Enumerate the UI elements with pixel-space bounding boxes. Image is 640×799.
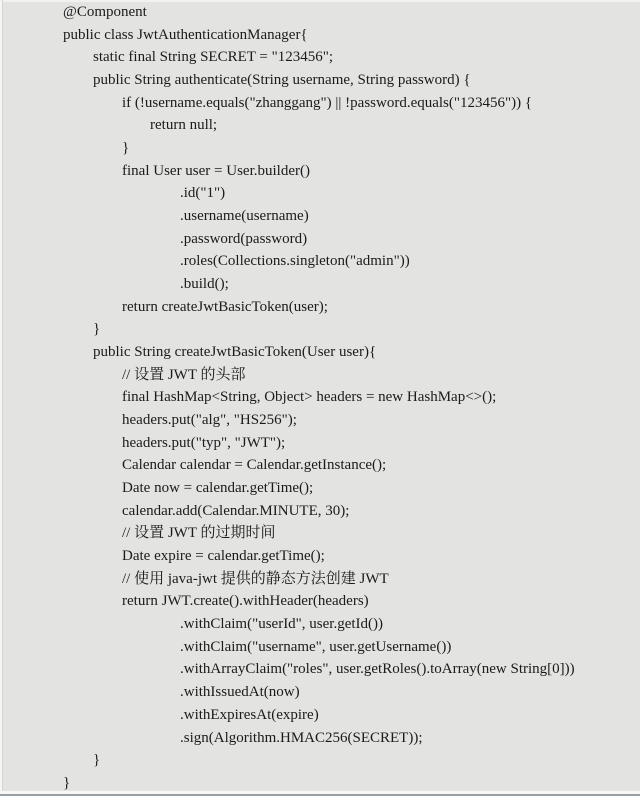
code-line: return JWT.create().withHeader(headers) <box>0 590 640 613</box>
code-line: } <box>0 318 640 341</box>
code-line: headers.put("typ", "JWT"); <box>0 432 640 455</box>
code-line: Date expire = calendar.getTime(); <box>0 545 640 568</box>
code-block: @Componentpublic class JwtAuthentication… <box>0 0 640 791</box>
code-line: headers.put("alg", "HS256"); <box>0 409 640 432</box>
code-line: .withIssuedAt(now) <box>0 681 640 704</box>
code-line: .build(); <box>0 273 640 296</box>
code-line: .withClaim("userId", user.getId()) <box>0 613 640 636</box>
code-line: .withExpiresAt(expire) <box>0 704 640 727</box>
code-line: .password(password) <box>0 228 640 251</box>
code-line: public String createJwtBasicToken(User u… <box>0 341 640 364</box>
code-line: .username(username) <box>0 205 640 228</box>
code-snippet-image: @Componentpublic class JwtAuthentication… <box>0 0 640 799</box>
bottom-border <box>0 791 640 799</box>
code-line: // 设置 JWT 的头部 <box>0 364 640 387</box>
code-line: } <box>0 749 640 772</box>
code-line: .withArrayClaim("roles", user.getRoles()… <box>0 658 640 681</box>
code-line: .roles(Collections.singleton("admin")) <box>0 250 640 273</box>
code-line: public class JwtAuthenticationManager{ <box>0 24 640 47</box>
code-line: public String authenticate(String userna… <box>0 69 640 92</box>
code-line: Calendar calendar = Calendar.getInstance… <box>0 454 640 477</box>
code-line: return createJwtBasicToken(user); <box>0 296 640 319</box>
code-line: // 使用 java-jwt 提供的静态方法创建 JWT <box>0 568 640 591</box>
code-line: if (!username.equals("zhanggang") || !pa… <box>0 92 640 115</box>
code-line: @Component <box>0 1 640 24</box>
code-line: // 设置 JWT 的过期时间 <box>0 522 640 545</box>
code-line: .withClaim("username", user.getUsername(… <box>0 636 640 659</box>
code-line: final HashMap<String, Object> headers = … <box>0 386 640 409</box>
code-line: .sign(Algorithm.HMAC256(SECRET)); <box>0 727 640 750</box>
code-line: Date now = calendar.getTime(); <box>0 477 640 500</box>
code-line: } <box>0 137 640 160</box>
code-line: static final String SECRET = "123456"; <box>0 46 640 69</box>
code-line: final User user = User.builder() <box>0 160 640 183</box>
code-line: .id("1") <box>0 182 640 205</box>
code-line: return null; <box>0 114 640 137</box>
code-line: } <box>0 772 640 791</box>
code-line: calendar.add(Calendar.MINUTE, 30); <box>0 500 640 523</box>
